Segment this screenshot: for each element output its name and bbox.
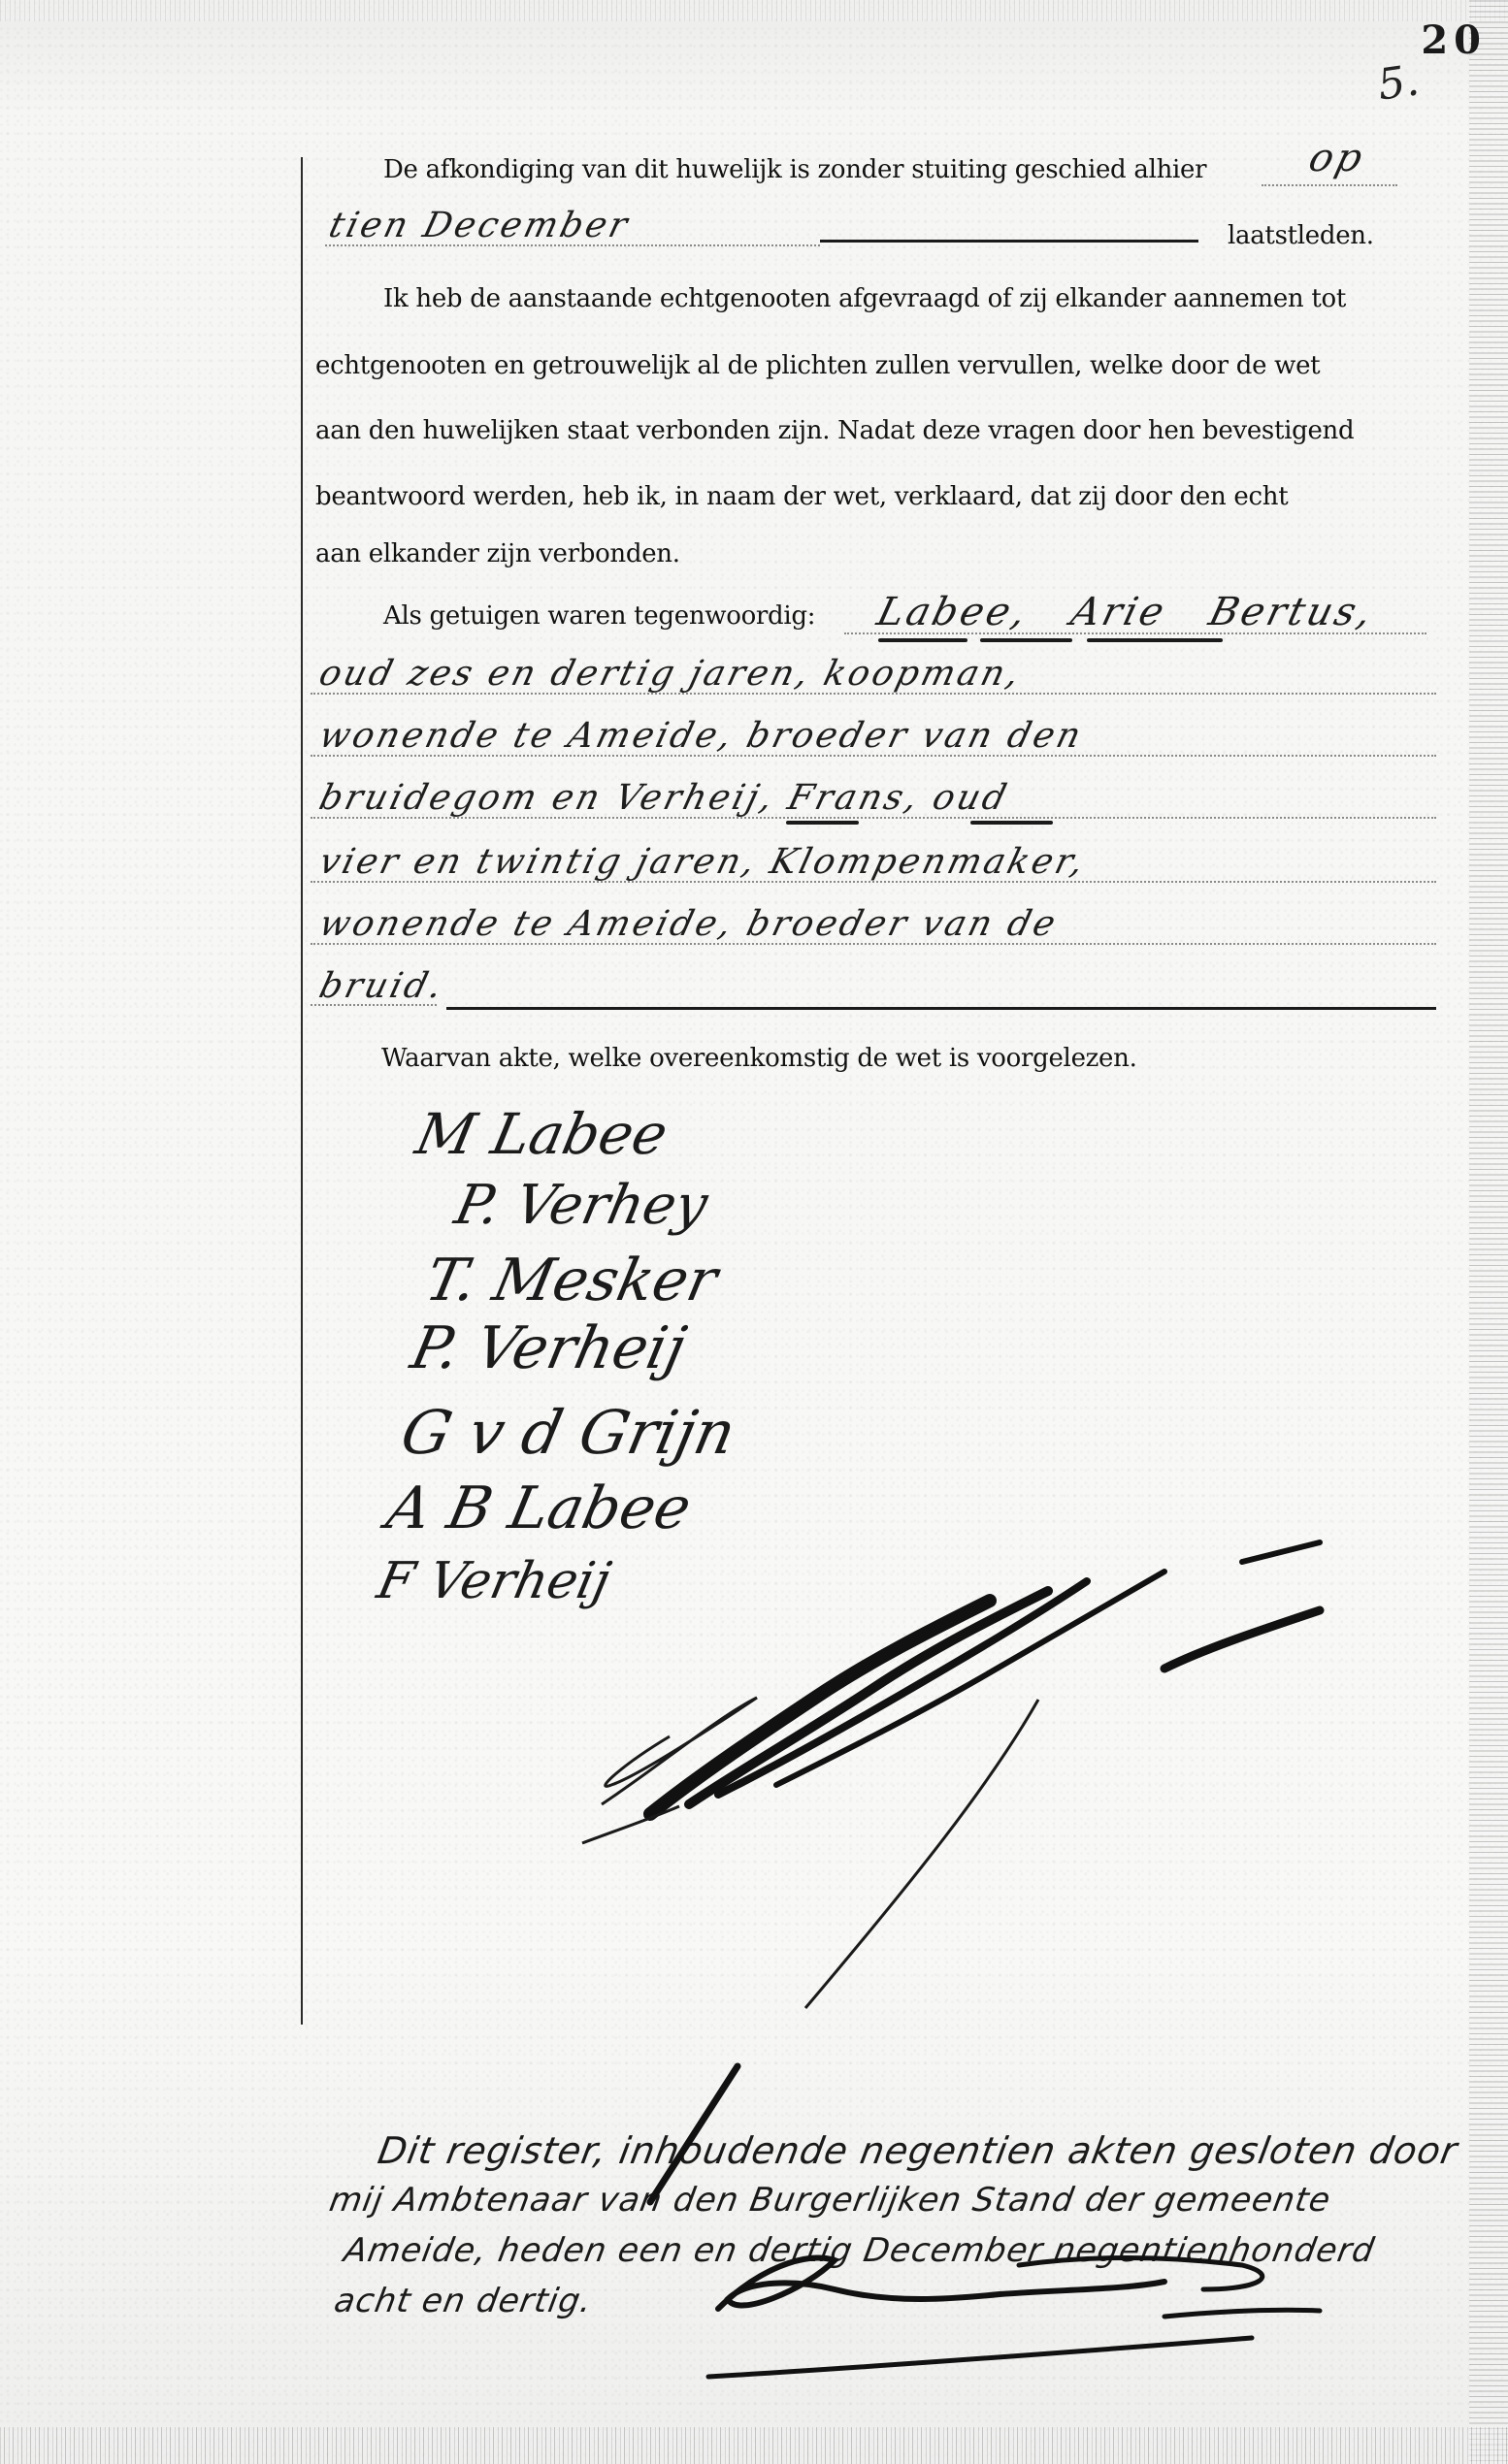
- witness-line: bruidegom en Verheij, Frans, oud: [315, 778, 1013, 818]
- proclamation-text: De afkondiging van dit huwelijk is zonde…: [383, 155, 1206, 184]
- name-underline: [980, 638, 1072, 642]
- left-margin-rule: [301, 157, 303, 2025]
- handwritten-date: tien December: [325, 206, 634, 245]
- filler-rule: [446, 1007, 1436, 1010]
- handwritten-op: op: [1304, 136, 1369, 180]
- declaration-line: echtgenooten en getrouwelijk al de plich…: [315, 351, 1320, 380]
- witness-line: wonende te Ameide, broeder van den: [315, 716, 1088, 756]
- signature: A B Labee: [381, 1475, 697, 1542]
- dotted-fill-line: [325, 244, 820, 246]
- folio-number: 20: [1421, 17, 1487, 63]
- name-underline: [878, 638, 967, 642]
- signature: T. Mesker: [420, 1247, 724, 1314]
- witness-line: vier en twintig jaren, Klompenmaker,: [315, 842, 1091, 882]
- witness-line: oud zes en dertig jaren, koopman,: [315, 654, 1026, 694]
- signature: P. Verheij: [406, 1314, 692, 1382]
- signature: M Labee: [410, 1101, 673, 1167]
- signature: G v d Grijn: [395, 1397, 741, 1468]
- laatstleden-text: laatstleden.: [1228, 221, 1374, 250]
- scan-edge-right: [1469, 0, 1508, 2464]
- name-underline: [786, 821, 859, 825]
- witnesses-label: Als getuigen waren tegenwoordig:: [383, 601, 815, 631]
- witness-line: Labee, Arie Bertus,: [872, 590, 1379, 634]
- dotted-fill-line: [1262, 184, 1397, 186]
- scan-edge-top: [0, 0, 1508, 21]
- declaration-line: Ik heb de aanstaande echtgenooten afgevr…: [383, 284, 1346, 313]
- filler-rule: [820, 240, 1198, 243]
- name-underline: [1087, 638, 1223, 642]
- declaration-line: aan den huwelijken staat verbonden zijn.…: [315, 416, 1354, 445]
- registrar-signature: [582, 1552, 1359, 2037]
- witness-line: wonende te Ameide, broeder van de: [315, 904, 1063, 944]
- conclusion-text: Waarvan akte, welke overeenkomstig de we…: [381, 1044, 1137, 1073]
- declaration-line: aan elkander zijn verbonden.: [315, 539, 680, 568]
- folio-mark: 5.: [1375, 55, 1423, 110]
- signature: P. Verhey: [449, 1174, 713, 1237]
- declaration-line: beantwoord werden, heb ik, in naam der w…: [315, 482, 1288, 511]
- name-underline: [970, 821, 1053, 825]
- signature: F Verheij: [373, 1552, 616, 1610]
- witness-line: bruid.: [315, 966, 449, 1006]
- closing-signature: [485, 2057, 1456, 2464]
